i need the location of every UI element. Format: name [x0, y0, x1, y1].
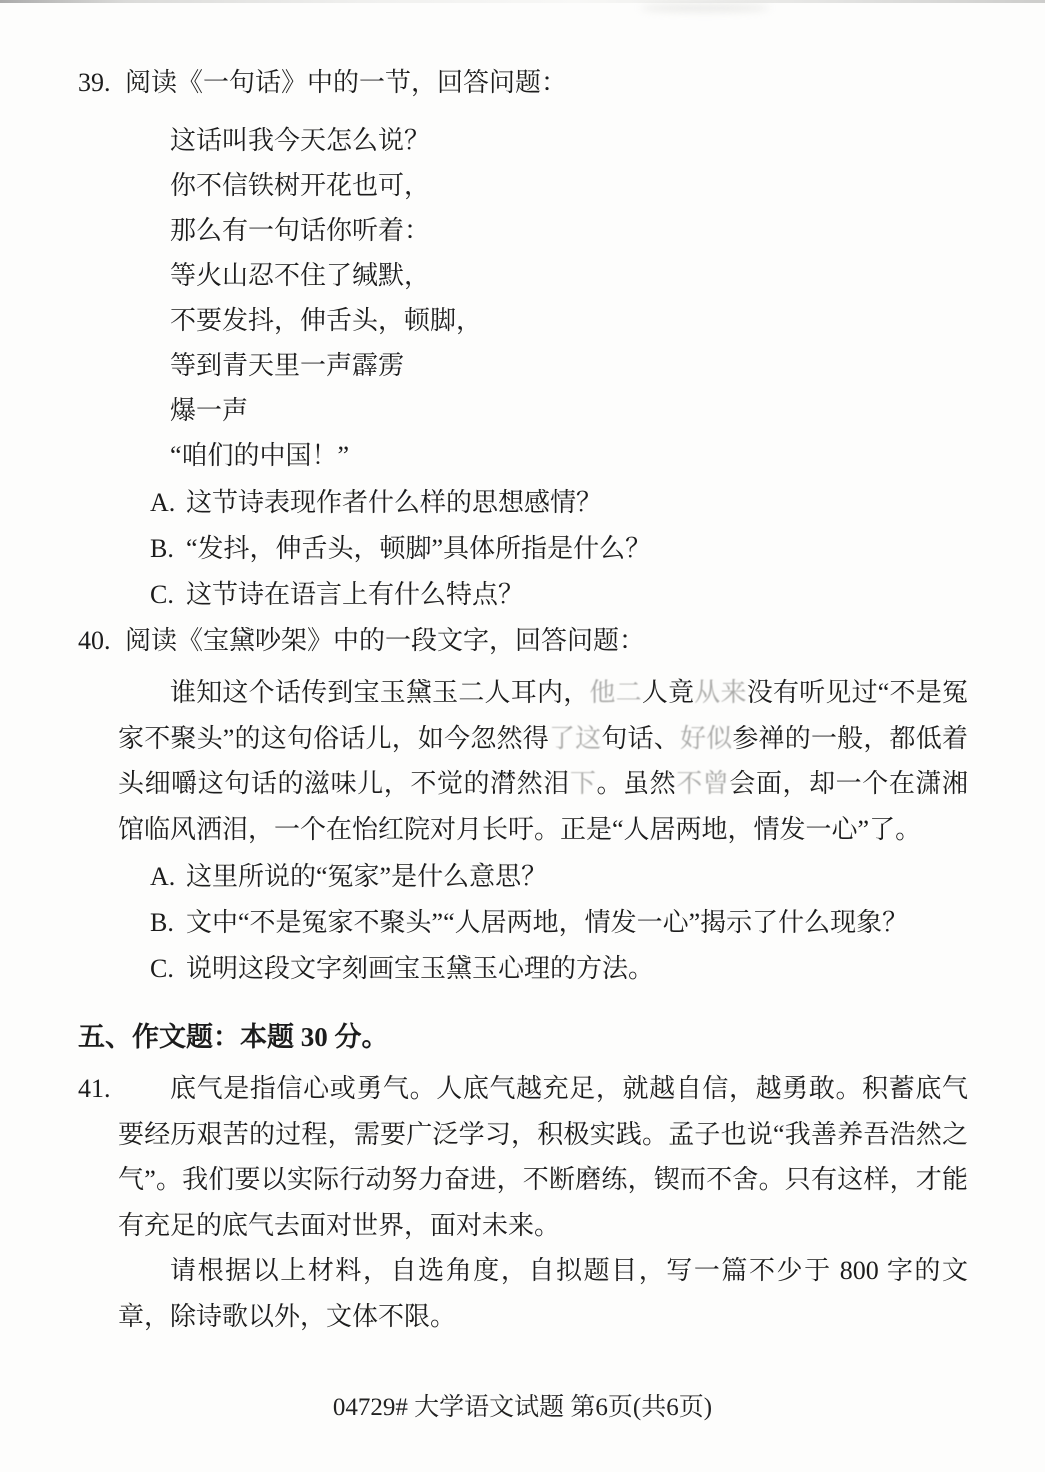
- poem-line: 等火山忍不住了缄默，: [170, 253, 1045, 298]
- question-39-header: 39.阅读《一句话》中的一节，回答问题：: [78, 60, 1045, 106]
- exam-page: 39.阅读《一句话》中的一节，回答问题： 这话叫我今天怎么说？ 你不信铁树开花也…: [0, 0, 1045, 1431]
- option-text: 这里所说的“冤家”是什么意思？: [186, 862, 547, 891]
- option-label: C.: [150, 946, 186, 992]
- question-40-passage: 谁知这个话传到宝玉黛玉二人耳内，他二人竟从来没有听见过“不是冤家不聚头”的这句俗…: [118, 670, 968, 852]
- question-41-number: 41.: [78, 1066, 125, 1112]
- question-40-prompt: 阅读《宝黛吵架》中的一段文字，回答问题：: [125, 626, 645, 655]
- question-41-material: 底气是指信心或勇气。人底气越充足，就越自信，越勇敢。积蓄底气要经历艰苦的过程，需…: [118, 1066, 968, 1248]
- passage-segment: 下: [570, 769, 597, 798]
- passage-segment: 句话、: [601, 724, 680, 753]
- option-text: 文中“不是冤家不聚头”“人居两地，情发一心”揭示了什么现象？: [186, 908, 908, 937]
- passage-segment: 谁知这个话传到宝玉黛玉二人耳内，: [170, 678, 589, 707]
- option-label: B.: [150, 526, 186, 572]
- passage-segment: 好似: [680, 724, 732, 753]
- option-label: C.: [150, 572, 186, 618]
- question-39-prompt: 阅读《一句话》中的一节，回答问题：: [125, 68, 567, 97]
- page-footer: 04729# 大学语文试题 第6页(共6页): [0, 1385, 1045, 1431]
- option-text: 这节诗在语言上有什么特点？: [186, 580, 524, 609]
- question-39-option-c: C.这节诗在语言上有什么特点？: [150, 572, 1045, 618]
- section-5-label: 五、作文题：: [78, 1022, 240, 1052]
- passage-segment: 他二: [589, 678, 641, 707]
- poem-line: “咱们的中国！”: [170, 433, 1045, 478]
- passage-segment: 了这: [549, 724, 601, 753]
- passage-segment: 。虽然: [596, 769, 676, 798]
- option-text: 说明这段文字刻画宝玉黛玉心理的方法。: [186, 954, 654, 983]
- question-40-option-b: B.文中“不是冤家不聚头”“人居两地，情发一心”揭示了什么现象？: [150, 900, 1045, 946]
- poem-line: 爆一声: [170, 388, 1045, 433]
- question-41: 41. 底气是指信心或勇气。人底气越充足，就越自信，越勇敢。积蓄底气要经历艰苦的…: [118, 1066, 968, 1339]
- question-39-option-b: B.“发抖，伸舌头，顿脚”具体所指是什么？: [150, 526, 1045, 572]
- question-39-options: A.这节诗表现作者什么样的思想感情？ B.“发抖，伸舌头，顿脚”具体所指是什么？…: [150, 480, 1045, 618]
- question-40-header: 40.阅读《宝黛吵架》中的一段文字，回答问题：: [78, 618, 1045, 664]
- section-5-score-note: 本题 30 分。: [240, 1022, 389, 1052]
- passage-segment: 人竟: [642, 678, 694, 707]
- option-label: B.: [150, 900, 186, 946]
- option-text: 这节诗表现作者什么样的思想感情？: [186, 488, 602, 517]
- scan-smudge: [640, 4, 770, 12]
- question-40-option-c: C.说明这段文字刻画宝玉黛玉心理的方法。: [150, 946, 1045, 992]
- option-label: A.: [150, 854, 186, 900]
- scan-top-edge: [0, 0, 1045, 3]
- option-text: “发抖，伸舌头，顿脚”具体所指是什么？: [186, 534, 651, 563]
- question-40-option-a: A.这里所说的“冤家”是什么意思？: [150, 854, 1045, 900]
- question-41-instruction: 请根据以上材料，自选角度，自拟题目，写一篇不少于 800 字的文章，除诗歌以外，…: [118, 1248, 968, 1339]
- poem-line: 这话叫我今天怎么说？: [170, 118, 1045, 163]
- question-39-number: 39.: [78, 60, 125, 106]
- poem-line: 等到青天里一声霹雳: [170, 343, 1045, 388]
- passage-segment: 不曾: [676, 769, 729, 798]
- section-5-heading: 五、作文题：本题 30 分。: [78, 1014, 1045, 1060]
- question-40-options: A.这里所说的“冤家”是什么意思？ B.文中“不是冤家不聚头”“人居两地，情发一…: [150, 854, 1045, 992]
- option-label: A.: [150, 480, 186, 526]
- question-39-option-a: A.这节诗表现作者什么样的思想感情？: [150, 480, 1045, 526]
- poem-line: 你不信铁树开花也可，: [170, 163, 1045, 208]
- poem-line: 那么有一句话你听着：: [170, 208, 1045, 253]
- passage-segment: 从来: [694, 678, 746, 707]
- question-40-number: 40.: [78, 618, 125, 664]
- poem-excerpt: 这话叫我今天怎么说？ 你不信铁树开花也可， 那么有一句话你听着： 等火山忍不住了…: [170, 118, 1045, 478]
- poem-line: 不要发抖，伸舌头，顿脚，: [170, 298, 1045, 343]
